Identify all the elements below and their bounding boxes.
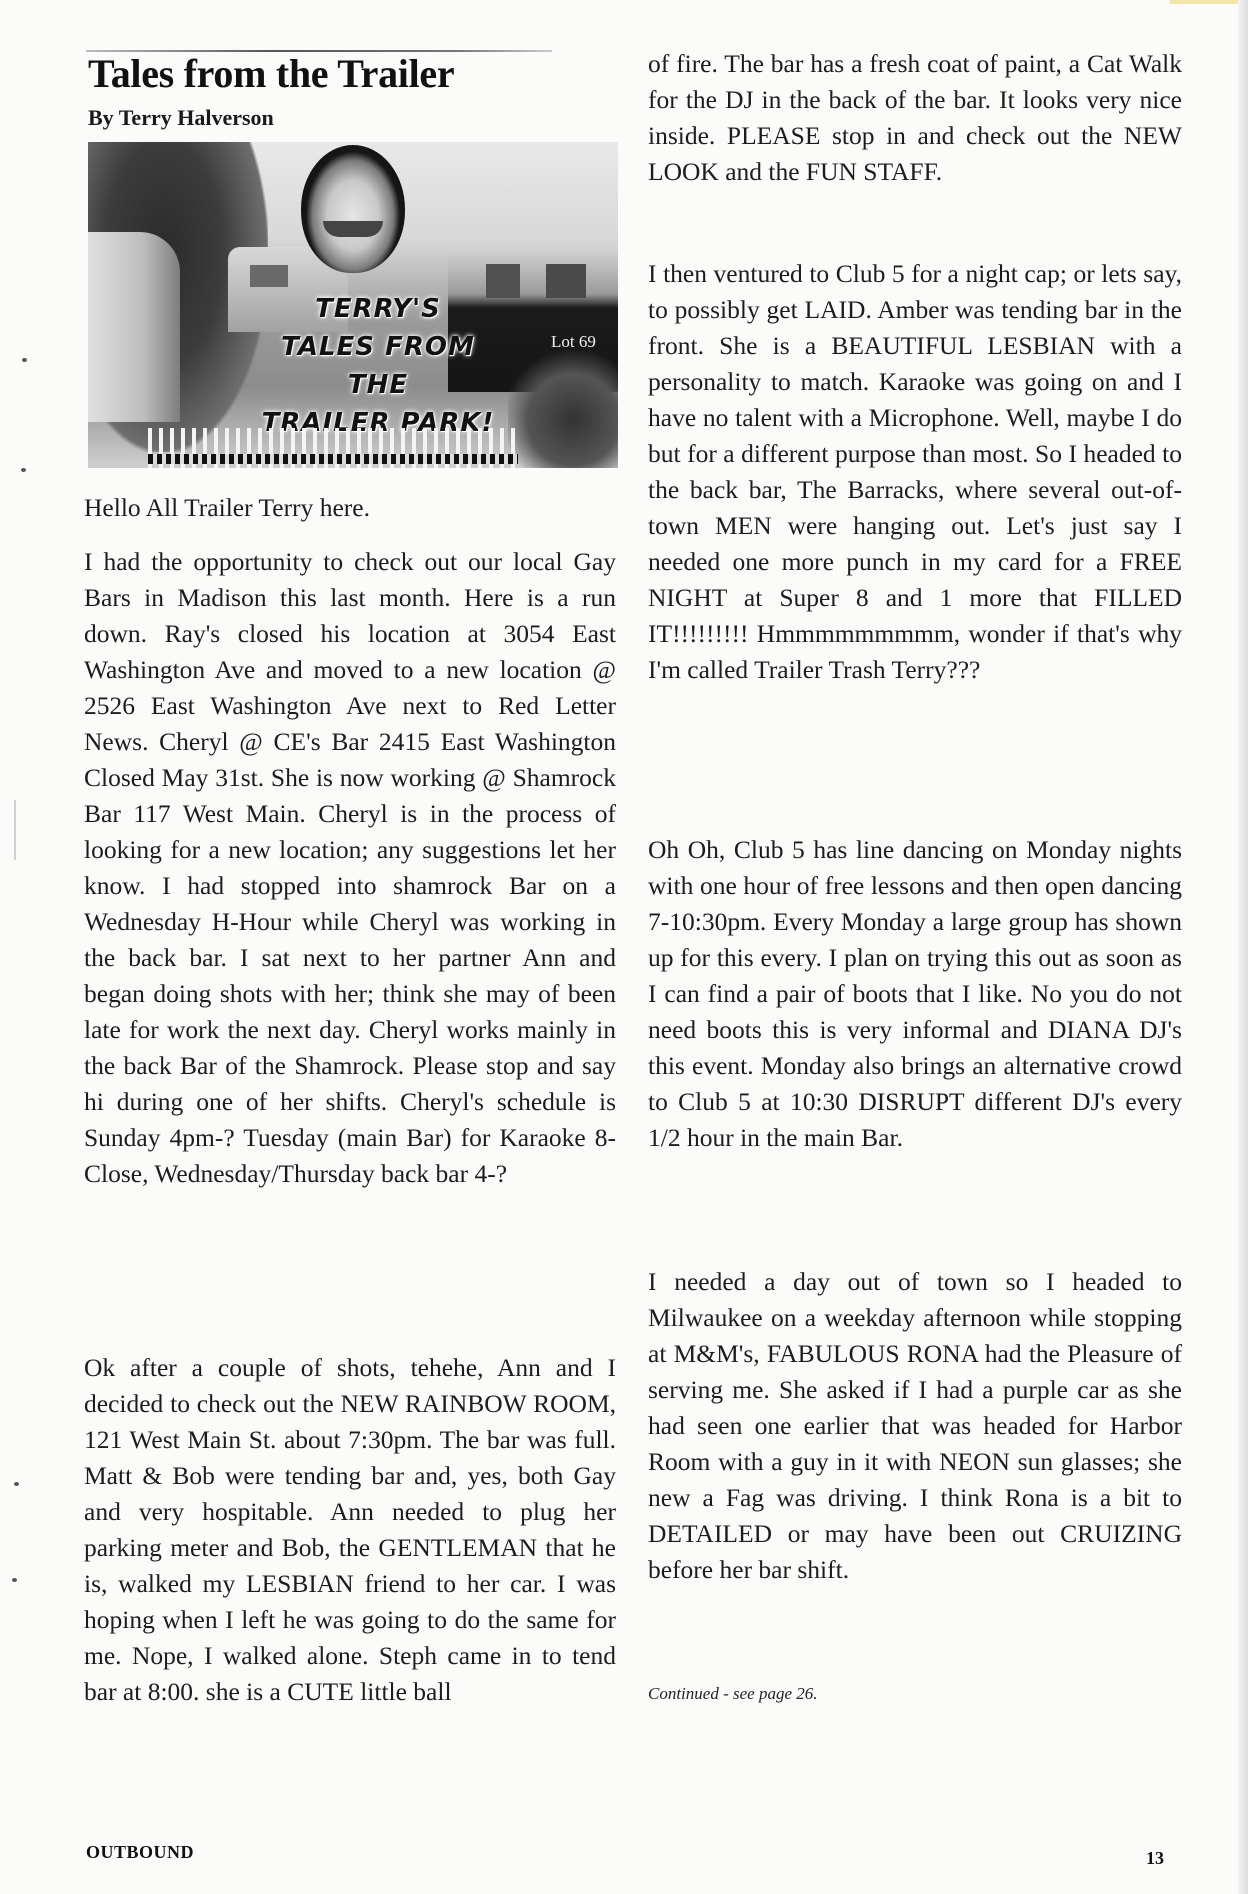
fence-base [148, 454, 518, 464]
article-title: Tales from the Trailer [88, 50, 454, 98]
paragraph: I needed a day out of town so I headed t… [648, 1264, 1182, 1588]
article-photo: TERRY'S TALES FROM THE TRAILER PARK! Lot… [88, 142, 618, 468]
paragraph-greeting: Hello All Trailer Terry here. [84, 490, 616, 526]
continued-note: Continued - see page 26. [648, 1684, 818, 1704]
bush-shape [508, 342, 618, 468]
trailer-shape [88, 232, 180, 422]
banner-line: TERRY'S [258, 290, 498, 328]
paragraph: Ok after a couple of shots, tehehe, Ann … [84, 1350, 616, 1710]
author-face [301, 145, 405, 273]
page-edge-shadow [1238, 0, 1248, 1894]
scan-artifact [14, 800, 16, 860]
photo-banner-text: TERRY'S TALES FROM THE TRAILER PARK! [258, 290, 498, 442]
banner-line: TALES FROM THE [258, 328, 498, 404]
binding-hole-mark [14, 1482, 19, 1486]
binding-hole-mark [21, 468, 26, 472]
page-number: 13 [1146, 1848, 1164, 1869]
paragraph: Oh Oh, Club 5 has line dancing on Monday… [648, 832, 1182, 1156]
lot-sign: Lot 69 [551, 332, 596, 352]
paragraph: I then ventured to Club 5 for a night ca… [648, 256, 1182, 688]
page-edge-highlight [1170, 0, 1248, 4]
paragraph: I had the opportunity to check out our l… [84, 544, 616, 1192]
publication-name: OUTBOUND [86, 1842, 194, 1863]
binding-hole-mark [22, 358, 27, 362]
paragraph: of fire. The bar has a fresh coat of pai… [648, 46, 1182, 190]
article-byline: By Terry Halverson [88, 104, 274, 132]
binding-hole-mark [12, 1578, 17, 1582]
